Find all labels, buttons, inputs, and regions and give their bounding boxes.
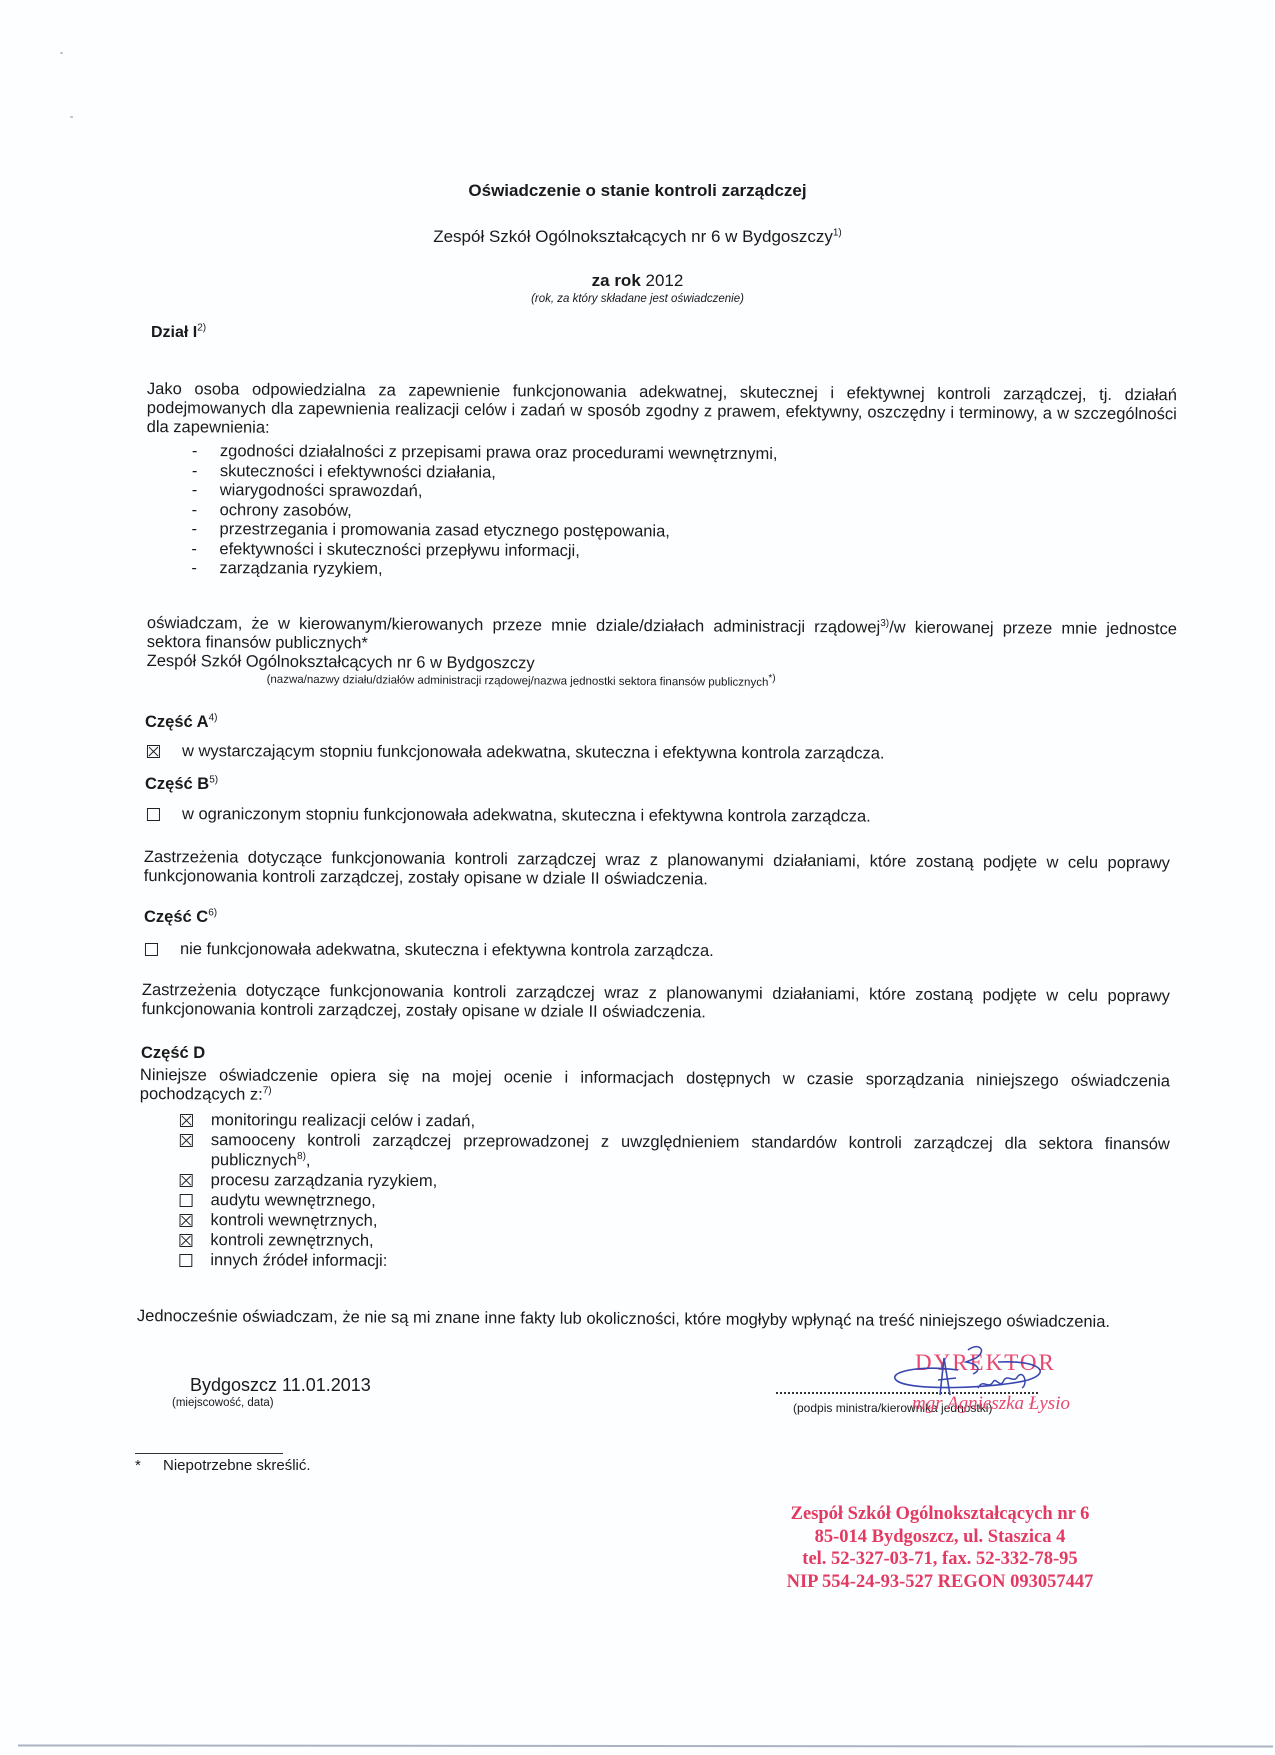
footnote-text: Niepotrzebne skreślić. — [163, 1457, 311, 1474]
part-c-checkbox[interactable] — [145, 943, 158, 956]
footnote-ref: *) — [768, 673, 775, 684]
source-label: samooceny kontroli zarządczej przeprowad… — [211, 1130, 1170, 1174]
source-checkbox[interactable] — [179, 1234, 192, 1247]
closing-paragraph: Jednocześnie oświadczam, że nie są mi zn… — [137, 1307, 1167, 1332]
scan-artifact — [70, 116, 73, 118]
part-c-reservations: Zastrzeżenia dotyczące funkcjonowania ko… — [142, 981, 1170, 1025]
source-checkbox[interactable] — [179, 1254, 192, 1267]
part-b-checkbox[interactable] — [147, 808, 160, 821]
stamp-line: Zespół Szkół Ogólnokształcących nr 6 — [780, 1503, 1100, 1526]
option-text: w wystarczającym stopniu funkcjonowała a… — [182, 742, 885, 763]
source-checkbox[interactable] — [180, 1114, 193, 1127]
footnote-ref: 7) — [263, 1085, 272, 1096]
part-a-checkbox[interactable] — [147, 745, 160, 758]
unit-text: Zespół Szkół Ogólnokształcących nr 6 w B… — [433, 227, 833, 246]
part-d-intro: Niniejsze oświadczenie opiera się na moj… — [140, 1066, 1170, 1110]
year-value: 2012 — [646, 271, 684, 290]
part-c-heading: Część C6) — [144, 908, 217, 927]
part-heading-text: Część A — [145, 713, 209, 731]
option-text: nie funkcjonowała adekwatna, skuteczna i… — [180, 940, 714, 961]
document-year: za rok 2012 — [0, 271, 1275, 291]
part-d-heading: Część D — [141, 1044, 205, 1063]
source-label-suffix: , — [306, 1152, 311, 1170]
section-heading-text: Dział I — [151, 324, 197, 341]
footnote-marker: * — [135, 1457, 163, 1474]
part-heading-text: Część B — [145, 775, 209, 793]
institution-stamp: Zespół Szkół Ogólnokształcących nr 6 85-… — [780, 1503, 1100, 1593]
section-heading: Dział I2) — [151, 324, 206, 342]
stamp-line: 85-014 Bydgoszcz, ul. Staszica 4 — [780, 1526, 1100, 1549]
part-d-intro-text: Niniejsze oświadczenie opiera się na moj… — [140, 1066, 1170, 1104]
source-item: innych źródeł informacji: — [179, 1250, 1169, 1274]
source-item: samooceny kontroli zarządczej przeprowad… — [180, 1130, 1170, 1174]
unit-note-text: (nazwa/nazwy działu/działów administracj… — [267, 674, 769, 689]
stamp-line: tel. 52-327-03-71, fax. 52-332-78-95 — [780, 1548, 1100, 1571]
footnote-ref: 4) — [209, 713, 218, 724]
place-date: Bydgoszcz 11.01.2013 — [190, 1375, 371, 1396]
place-date-note: (miejscowość, data) — [172, 1397, 274, 1409]
document-title: Oświadczenie o stanie kontroli zarządcze… — [0, 181, 1275, 201]
part-a-heading: Część A4) — [145, 713, 218, 732]
part-c-option: nie funkcjonowała adekwatna, skuteczna i… — [145, 940, 714, 961]
information-sources: monitoringu realizacji celów i zadań, sa… — [179, 1110, 1170, 1274]
footnote-ref: 1) — [833, 227, 842, 238]
year-note: (rok, za który składane jest oświadczeni… — [0, 293, 1275, 305]
scan-artifact — [60, 52, 63, 54]
part-b-option: w ograniczonym stopniu funkcjonowała ade… — [147, 805, 871, 827]
source-label: innych źródeł informacji: — [210, 1250, 1169, 1274]
assurance-list: zgodności działalności z przepisami praw… — [189, 442, 777, 582]
intro-paragraph: Jako osoba odpowiedzialna za zapewnienie… — [147, 380, 1177, 443]
part-b-reservations: Zastrzeżenia dotyczące funkcjonowania ko… — [144, 848, 1170, 892]
source-checkbox[interactable] — [180, 1174, 193, 1187]
declaration-paragraph: oświadczam, że w kierowanym/kierowanych … — [147, 614, 1177, 693]
part-a-option: w wystarczającym stopniu funkcjonowała a… — [147, 742, 885, 764]
part-b-heading: Część B5) — [145, 775, 218, 794]
year-label: za rok — [592, 271, 641, 290]
footnote: *Niepotrzebne skreślić. — [135, 1457, 311, 1474]
source-checkbox[interactable] — [180, 1194, 193, 1207]
list-item: zarządzania ryzykiem, — [189, 559, 777, 582]
handwritten-signature-icon — [878, 1340, 1078, 1410]
footnote-ref: 5) — [209, 775, 218, 786]
part-heading-text: Część C — [144, 908, 208, 926]
footnote-ref: 6) — [208, 908, 217, 919]
source-checkbox[interactable] — [179, 1214, 192, 1227]
source-checkbox[interactable] — [180, 1134, 193, 1147]
scan-edge-line — [18, 1744, 1273, 1747]
option-text: w ograniczonym stopniu funkcjonowała ade… — [182, 805, 871, 826]
footnote-separator — [135, 1453, 283, 1454]
document-unit: Zespół Szkół Ogólnokształcących nr 6 w B… — [0, 227, 1275, 247]
footnote-ref: 3) — [880, 618, 889, 629]
footnote-ref: 8) — [297, 1151, 306, 1162]
source-label-text: samooceny kontroli zarządczej przeprowad… — [211, 1131, 1170, 1169]
stamp-line: NIP 554-24-93-527 REGON 093057447 — [780, 1571, 1100, 1594]
footnote-ref: 2) — [197, 323, 206, 334]
